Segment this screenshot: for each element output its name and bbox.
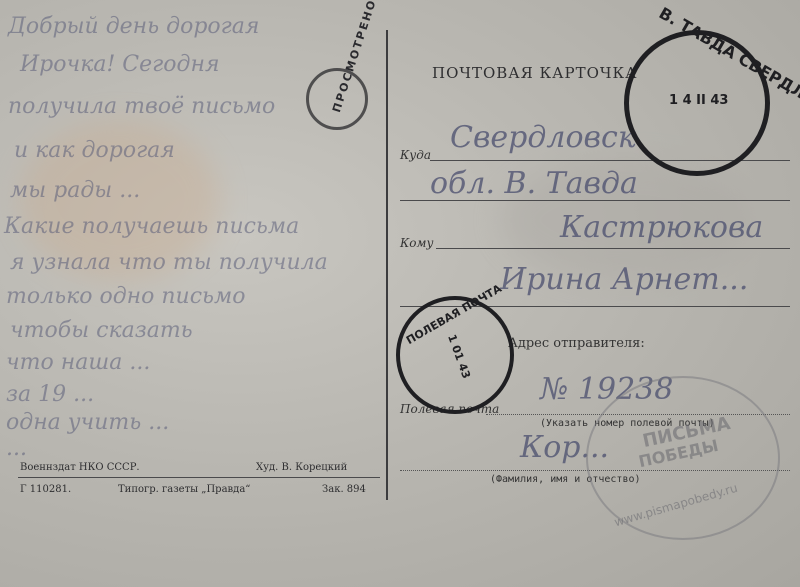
addr-line4: Ирина Арнет... (500, 262, 748, 297)
letter-line: Добрый день дорогая (8, 14, 259, 39)
watermark-url: www.pismapobedy.ru (613, 481, 740, 530)
addr-line3: Кастрюкова (560, 210, 763, 245)
imprint-printer: Типогр. газеты „Правда“ (118, 484, 250, 495)
letter-line: что наша ... (6, 350, 150, 375)
imprint-code: Г 110281. (20, 484, 71, 495)
addr-line2: обл. В. Тавда (430, 166, 638, 201)
addr-line1: Свердловск (450, 120, 636, 155)
postcard: Добрый день дорогая Ирочка! Сегодня полу… (0, 0, 800, 587)
letter-line: одна учить ... (6, 410, 169, 435)
letter-line: за 19 ... (6, 382, 94, 407)
letter-line: мы рады ... (10, 178, 140, 203)
letter-line: Ирочка! Сегодня (20, 52, 220, 77)
address-line (436, 248, 790, 249)
center-divider (386, 30, 388, 500)
letter-line: только одно письмо (6, 284, 246, 309)
watermark-stamp: ПИСЬМА ПОБЕДЫ www.pismapobedy.ru (586, 376, 780, 540)
imprint-artist: Худ. В. Корецкий (256, 462, 347, 473)
field-stamp-date: 1 01 43 (445, 333, 473, 381)
postmark-date: 1 4 II 43 (669, 93, 728, 108)
komu-label: Кому (400, 236, 433, 250)
imprint-rule (18, 477, 380, 478)
postmark-stamp: В. ТАВДА СВЕРДЛ. 1 4 II 43 (624, 30, 770, 176)
sender-label: Адрес отправителя: (508, 336, 645, 351)
postcard-title: ПОЧТОВАЯ КАРТОЧКА (432, 64, 637, 82)
letter-line: чтобы сказать (10, 318, 193, 343)
field-post-stamp: ПОЛЕВАЯ ПОЧТА 1 01 43 (396, 296, 514, 414)
letter-line: ... (6, 436, 27, 461)
letter-line: получила твоё письмо (8, 94, 275, 119)
kuda-label: Куда (400, 148, 431, 162)
letter-line: я узнала что ты получила (10, 250, 328, 275)
imprint-order: Зак. 894 (322, 484, 366, 495)
imprint-publisher: Военнздат НКО СССР. (20, 462, 140, 473)
letter-line: Какие получаешь письма (4, 214, 299, 239)
letter-line: и как дорогая (14, 138, 175, 163)
postmark-town: В. ТАВДА СВЕРДЛ. (656, 3, 800, 105)
